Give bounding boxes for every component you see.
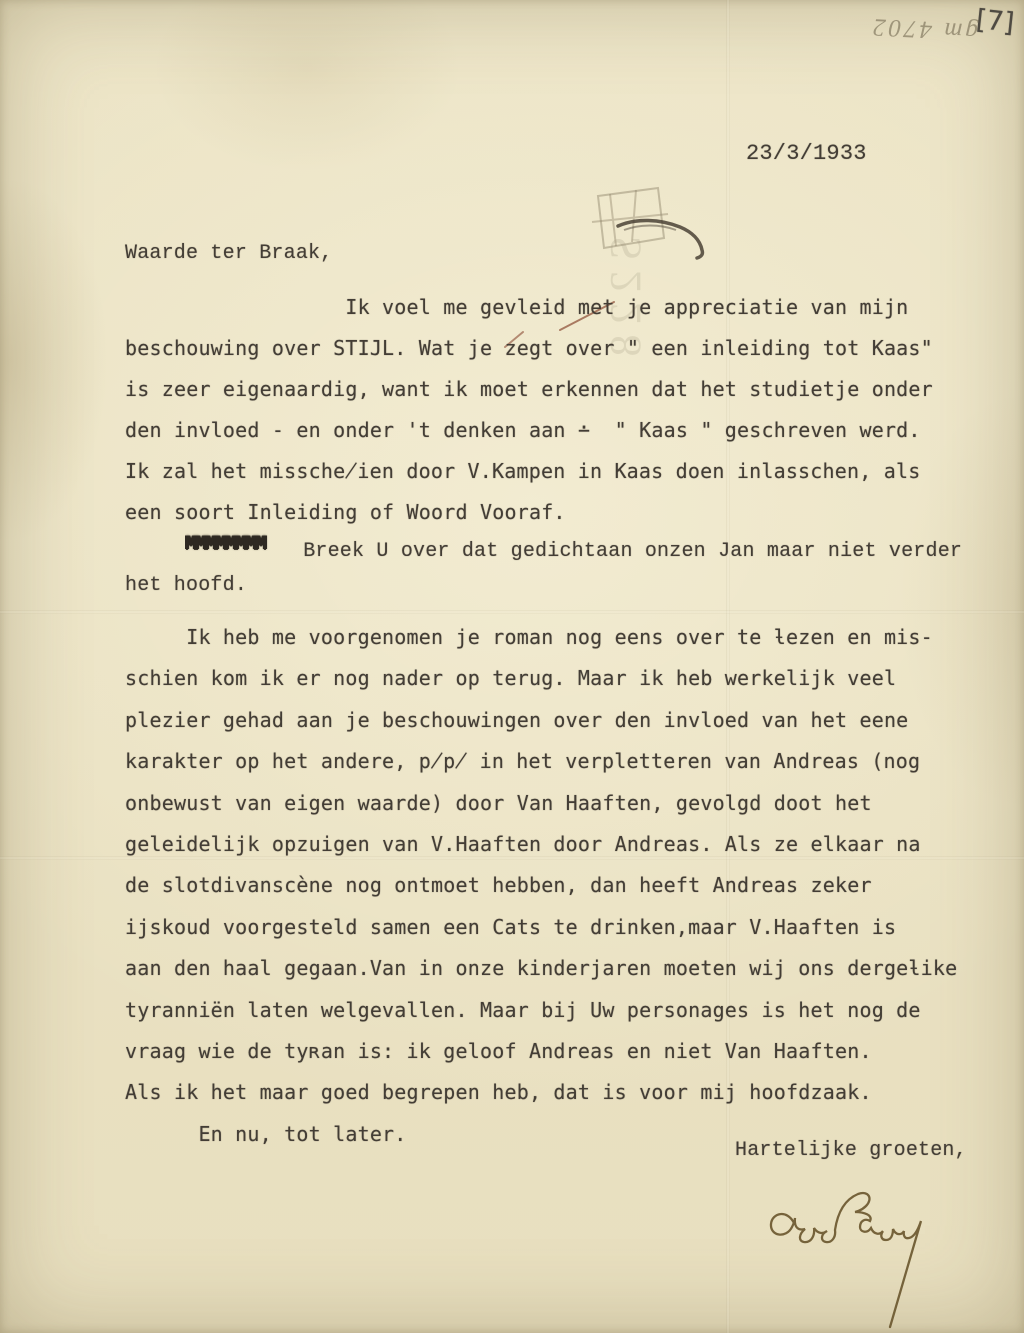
closing-text: Hartelijke groeten,	[735, 1139, 967, 1162]
signature-stroke	[771, 1193, 921, 1327]
paragraph-1: Ik voel me gevleid met je appreciatie va…	[125, 287, 933, 533]
date-text: 23/3/1933	[746, 141, 867, 166]
scanned-letter-page: [7] gm 4702 S228 23/3/1933 Waarde ter Br…	[0, 0, 1024, 1333]
fold-crease-horizontal-upper	[0, 610, 1024, 614]
paragraph-2-line-1-text: Breek U over dat gedichtaan onzen Jan ma…	[291, 540, 962, 563]
archive-number-pencil: [7]	[974, 4, 1015, 39]
pencil-note-upside-down: gm 4702	[841, 10, 978, 45]
dark-smudge-stroke-2	[624, 226, 676, 231]
paragraph-2-line-1: MMMMMMMM Breek U over dat gedichtaan onz…	[185, 533, 962, 563]
typed-overstrike-word: MMMMMMMM	[185, 533, 291, 556]
paragraph-3: Ik heb me voorgenomen je roman nog eens …	[125, 617, 957, 1155]
paragraph-2-line-2: het hoofd.	[125, 574, 247, 597]
handwritten-signature: A de Ridder	[760, 1165, 970, 1333]
salutation-text: Waarde ter Braak,	[125, 242, 332, 265]
